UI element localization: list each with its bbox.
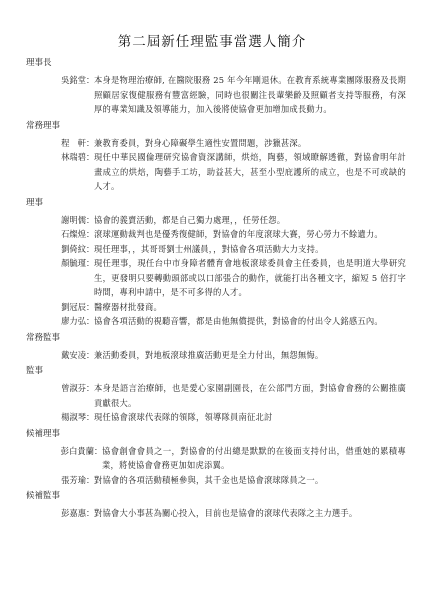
section-heading: 候補監事 [26,490,406,503]
candidate-description: 協會的義賣活動，都是自己獨力處理，，任勞任怨。 [94,213,406,228]
candidate-name: 吳銘堂 [26,73,86,117]
section-chairman: 理事長 吳銘堂 ： 本身是物理治療師, 在醫院服務 25 年今年剛退休。在教育系… [26,57,406,117]
section-supervisors: 監事 曾淑芬 ： 本身是語言治療師，也是愛心家園副園長，在公部門方面，對協會會務… [26,365,406,425]
candidate-entry: 劉冠辰 ： 醫療器材批發商。 [26,300,406,315]
page-title: 第二屆新任理監事當選人簡介 [0,30,424,50]
section-heading: 常務監事 [26,332,406,345]
candidate-entry: 程 軒 ： 兼教育委員，對身心障礙學生適性安置問題，涉獵甚深。 [26,136,406,151]
section-directors: 理事 謝明儒 ： 協會的義賣活動，都是自己獨力處理，，任勞任怨。 石燦煌 ： 滾… [26,197,406,329]
section-alternate-directors: 候補理事 彭白貴蘭 ： 協會創會會員之一，對協會的付出總是默默的在後面支持付出，… [26,428,406,488]
candidate-name: 林瑞碧 [26,150,86,194]
document-page: 第二屆新任理監事當選人簡介 理事長 吳銘堂 ： 本身是物理治療師, 在醫院服務 … [0,0,424,600]
candidate-description: 協會創會會員之一，對協會的付出總是默默的在後面支持付出，借重她的累積專業，將使協… [102,444,406,473]
candidate-name: 戴安凌 [26,348,86,363]
candidate-sections: 理事長 吳銘堂 ： 本身是物理治療師, 在醫院服務 25 年今年剛退休。在教育系… [26,54,406,521]
candidate-name: 程 軒 [26,136,86,151]
candidate-entry: 彭嘉惠 ： 對協會大小事甚為關心投入，目前也是協會的滾球代表隊之主力選手。 [26,506,406,521]
name-separator: ： [86,314,94,329]
candidate-name: 石燦煌 [26,227,86,242]
name-separator: ： [86,213,94,228]
candidate-description: 本身是物理治療師, 在醫院服務 25 年今年剛退休。在教育系統專業團隊服務及長期… [94,73,406,117]
name-separator: ： [86,256,94,300]
candidate-entry: 石燦煌 ： 滾球運動裁判也是優秀復健師，對協會的年度滾球大賽，勞心勞力不餘遺力。 [26,227,406,242]
name-separator: ： [86,381,94,410]
section-heading: 理事 [26,197,406,210]
candidate-entry: 吳銘堂 ： 本身是物理治療師, 在醫院服務 25 年今年剛退休。在教育系統專業團… [26,73,406,117]
section-heading: 常務理事 [26,120,406,133]
candidate-entry: 張芳瑜 ： 對協會的各項活動積極參與，其千金也是協會滾球隊員之一。 [26,473,406,488]
candidate-name: 曾淑芬 [26,381,86,410]
name-separator: ： [94,444,102,473]
candidate-entry: 曾淑芬 ： 本身是語言治療師，也是愛心家園副園長，在公部門方面，對協會會務的公關… [26,381,406,410]
name-separator: ： [86,300,94,315]
candidate-name: 劉倚紋 [26,242,86,257]
candidate-description: 現任協會滾球代表隊的領隊，領導隊員南征北討 [94,410,406,425]
name-separator: ： [86,506,94,521]
candidate-description: 現任中華民國倫理研究協會資深講師，烘焙，陶藝，領域瞭解透徹，對協會明年計畫成立的… [94,150,406,194]
candidate-entry: 林瑞碧 ： 現任中華民國倫理研究協會資深講師，烘焙，陶藝，領域瞭解透徹，對協會明… [26,150,406,194]
candidate-entry: 顏毓瑾 ： 現任理事，現任台中市身障者體育會地板滾球委員會主任委員，也是明道大學… [26,256,406,300]
candidate-name: 廖力弘 [26,314,86,329]
candidate-name: 彭白貴蘭 [26,444,94,473]
candidate-description: 兼活動委員，對地板滾球推廣活動更是全力付出，無怨無悔。 [94,348,406,363]
name-separator: ： [86,150,94,194]
candidate-entry: 彭白貴蘭 ： 協會創會會員之一，對協會的付出總是默默的在後面支持付出，借重她的累… [26,444,406,473]
candidate-name: 劉冠辰 [26,300,86,315]
candidate-description: 對協會大小事甚為關心投入，目前也是協會的滾球代表隊之主力選手。 [94,506,406,521]
name-separator: ： [86,242,94,257]
name-separator: ： [86,473,94,488]
candidate-description: 對協會的各項活動積極參與，其千金也是協會滾球隊員之一。 [94,473,406,488]
candidate-description: 協會各項活動的視聽音響，都是由他無償提供，對協會的付出令人銘感五內。 [94,314,406,329]
candidate-name: 謝明儒 [26,213,86,228]
name-separator: ： [86,73,94,117]
section-heading: 理事長 [26,57,406,70]
candidate-entry: 謝明儒 ： 協會的義賣活動，都是自己獨力處理，，任勞任怨。 [26,213,406,228]
section-executive-directors: 常務理事 程 軒 ： 兼教育委員，對身心障礙學生適性安置問題，涉獵甚深。 林瑞碧… [26,120,406,194]
candidate-description: 現任理事，，其哥哥劉士州議員，，對協會各項活動大力支持。 [94,242,406,257]
name-separator: ： [86,227,94,242]
section-heading: 監事 [26,365,406,378]
candidate-name: 張芳瑜 [26,473,86,488]
section-executive-supervisor: 常務監事 戴安凌 ： 兼活動委員，對地板滾球推廣活動更是全力付出，無怨無悔。 [26,332,406,363]
name-separator: ： [86,136,94,151]
candidate-description: 滾球運動裁判也是優秀復健師，對協會的年度滾球大賽，勞心勞力不餘遺力。 [94,227,406,242]
candidate-name: 彭嘉惠 [26,506,86,521]
name-separator: ： [86,410,94,425]
candidate-description: 醫療器材批發商。 [94,300,406,315]
candidate-name: 顏毓瑾 [26,256,86,300]
candidate-entry: 戴安凌 ： 兼活動委員，對地板滾球推廣活動更是全力付出，無怨無悔。 [26,348,406,363]
section-heading: 候補理事 [26,428,406,441]
candidate-entry: 廖力弘 ： 協會各項活動的視聽音響，都是由他無償提供，對協會的付出令人銘感五內。 [26,314,406,329]
candidate-description: 本身是語言治療師，也是愛心家園副園長，在公部門方面，對協會會務的公關推廣貢獻很大… [94,381,406,410]
candidate-entry: 劉倚紋 ： 現任理事，，其哥哥劉士州議員，，對協會各項活動大力支持。 [26,242,406,257]
candidate-description: 現任理事，現任台中市身障者體育會地板滾球委員會主任委員，也是明道大學研究生，更發… [94,256,406,300]
section-alternate-supervisors: 候補監事 彭嘉惠 ： 對協會大小事甚為關心投入，目前也是協會的滾球代表隊之主力選… [26,490,406,521]
candidate-description: 兼教育委員，對身心障礙學生適性安置問題，涉獵甚深。 [94,136,406,151]
candidate-name: 楊淑琴 [26,410,86,425]
candidate-entry: 楊淑琴 ： 現任協會滾球代表隊的領隊，領導隊員南征北討 [26,410,406,425]
name-separator: ： [86,348,94,363]
